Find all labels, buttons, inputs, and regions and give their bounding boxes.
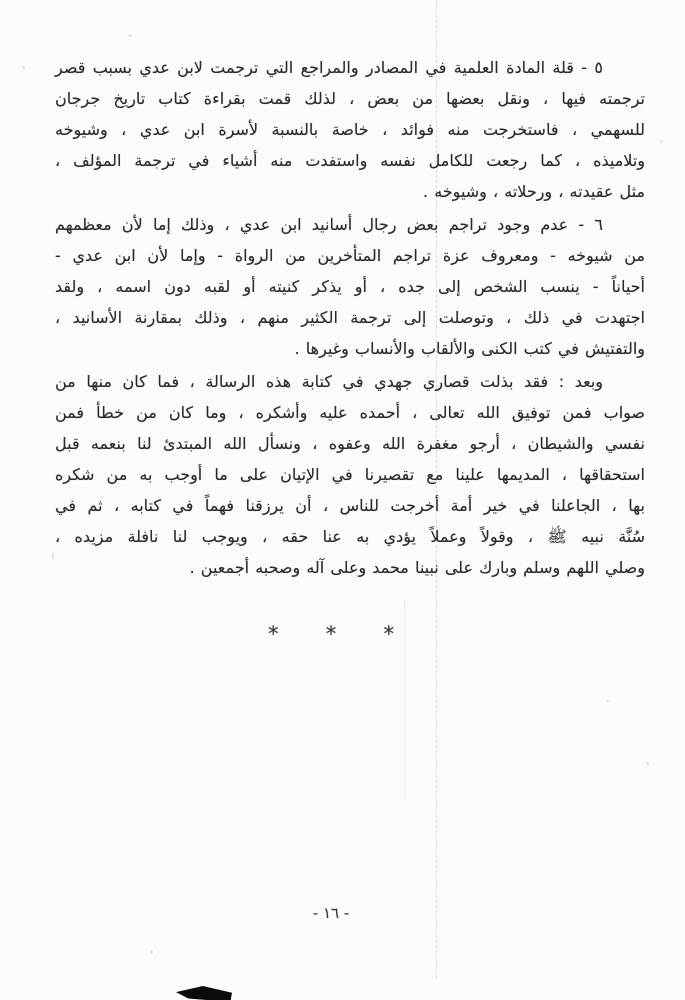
paragraph-closing: وبعد : فقد بذلت قصاري جهدي في كتابة هذه … bbox=[55, 366, 645, 583]
text-line: نفسي والشيطان ، أرجو مغفرة الله وعفوه ، … bbox=[55, 428, 645, 459]
ink-blot-artifact bbox=[176, 986, 232, 1000]
scan-speckle-artifact bbox=[128, 34, 132, 37]
text-line: صواب فمن توفيق الله تعالى ، أحمده عليه و… bbox=[55, 397, 645, 428]
text-line: وبعد : فقد بذلت قصاري جهدي في كتابة هذه … bbox=[55, 366, 645, 397]
scan-speckle-artifact bbox=[660, 140, 663, 143]
text-line: للسهمي ، فاستخرجت منه فوائد ، خاصة بالنس… bbox=[55, 114, 645, 145]
scan-speckle-artifact bbox=[150, 950, 153, 954]
scanned-document-page: ٥ - قلة المادة العلمية في المصادر والمرا… bbox=[0, 0, 685, 1000]
text-line: سُنَّة نبيه ﷺ ، وقولاً وعملاً يؤدي به عن… bbox=[55, 521, 645, 552]
text-line: اجتهدت في ذلك ، وتوصلت إلى ترجمة الكثير … bbox=[55, 302, 645, 333]
text-line: والتفتيش في كتب الكنى والألقاب والأنساب … bbox=[55, 333, 645, 364]
text-line: ٦ - عدم وجود تراجم بعض رجال أسانيد ابن ع… bbox=[55, 209, 645, 240]
asterisk-icon: * bbox=[268, 620, 279, 648]
text-line: ٥ - قلة المادة العلمية في المصادر والمرا… bbox=[55, 52, 645, 83]
text-line: بها ، الجاعلنا في خير أمة أخرجت للناس ، … bbox=[55, 490, 645, 521]
text-line: استحقاقها ، المديمها علينا مع تقصيرنا في… bbox=[55, 459, 645, 490]
text-line: أحياناً - ينسب الشخص إلى جده ، أو يذكر ك… bbox=[55, 271, 645, 302]
scan-speckle-artifact bbox=[646, 762, 649, 765]
paragraph-point-6: ٦ - عدم وجود تراجم بعض رجال أسانيد ابن ع… bbox=[55, 209, 645, 364]
body-text: ٥ - قلة المادة العلمية في المصادر والمرا… bbox=[55, 52, 645, 585]
text-line: مثل عقيدته ، ورحلاته ، وشيوخه . bbox=[55, 176, 645, 207]
text-line: ترجمته فيها ، ونقل بعضها من بعض ، لذلك ق… bbox=[55, 83, 645, 114]
paragraph-point-5: ٥ - قلة المادة العلمية في المصادر والمرا… bbox=[55, 52, 645, 207]
text-line: وتلاميذه ، كما رجعت للكامل نفسه واستفدت … bbox=[55, 145, 645, 176]
asterisk-icon: * bbox=[326, 620, 337, 648]
section-separator: * * * bbox=[268, 620, 394, 648]
scan-speckle-artifact bbox=[52, 552, 54, 560]
text-line: من شيوخه - ومعروف عزة تراجم المتأخرين من… bbox=[55, 240, 645, 271]
asterisk-icon: * bbox=[384, 620, 395, 648]
scan-speckle-artifact bbox=[606, 700, 609, 702]
text-line: وصلي اللهم وسلم وبارك على نبينا محمد وعل… bbox=[55, 552, 645, 583]
scan-fold-line-artifact bbox=[404, 600, 405, 800]
page-number: - ١٦ - bbox=[278, 904, 384, 922]
scan-speckle-artifact bbox=[22, 66, 25, 69]
